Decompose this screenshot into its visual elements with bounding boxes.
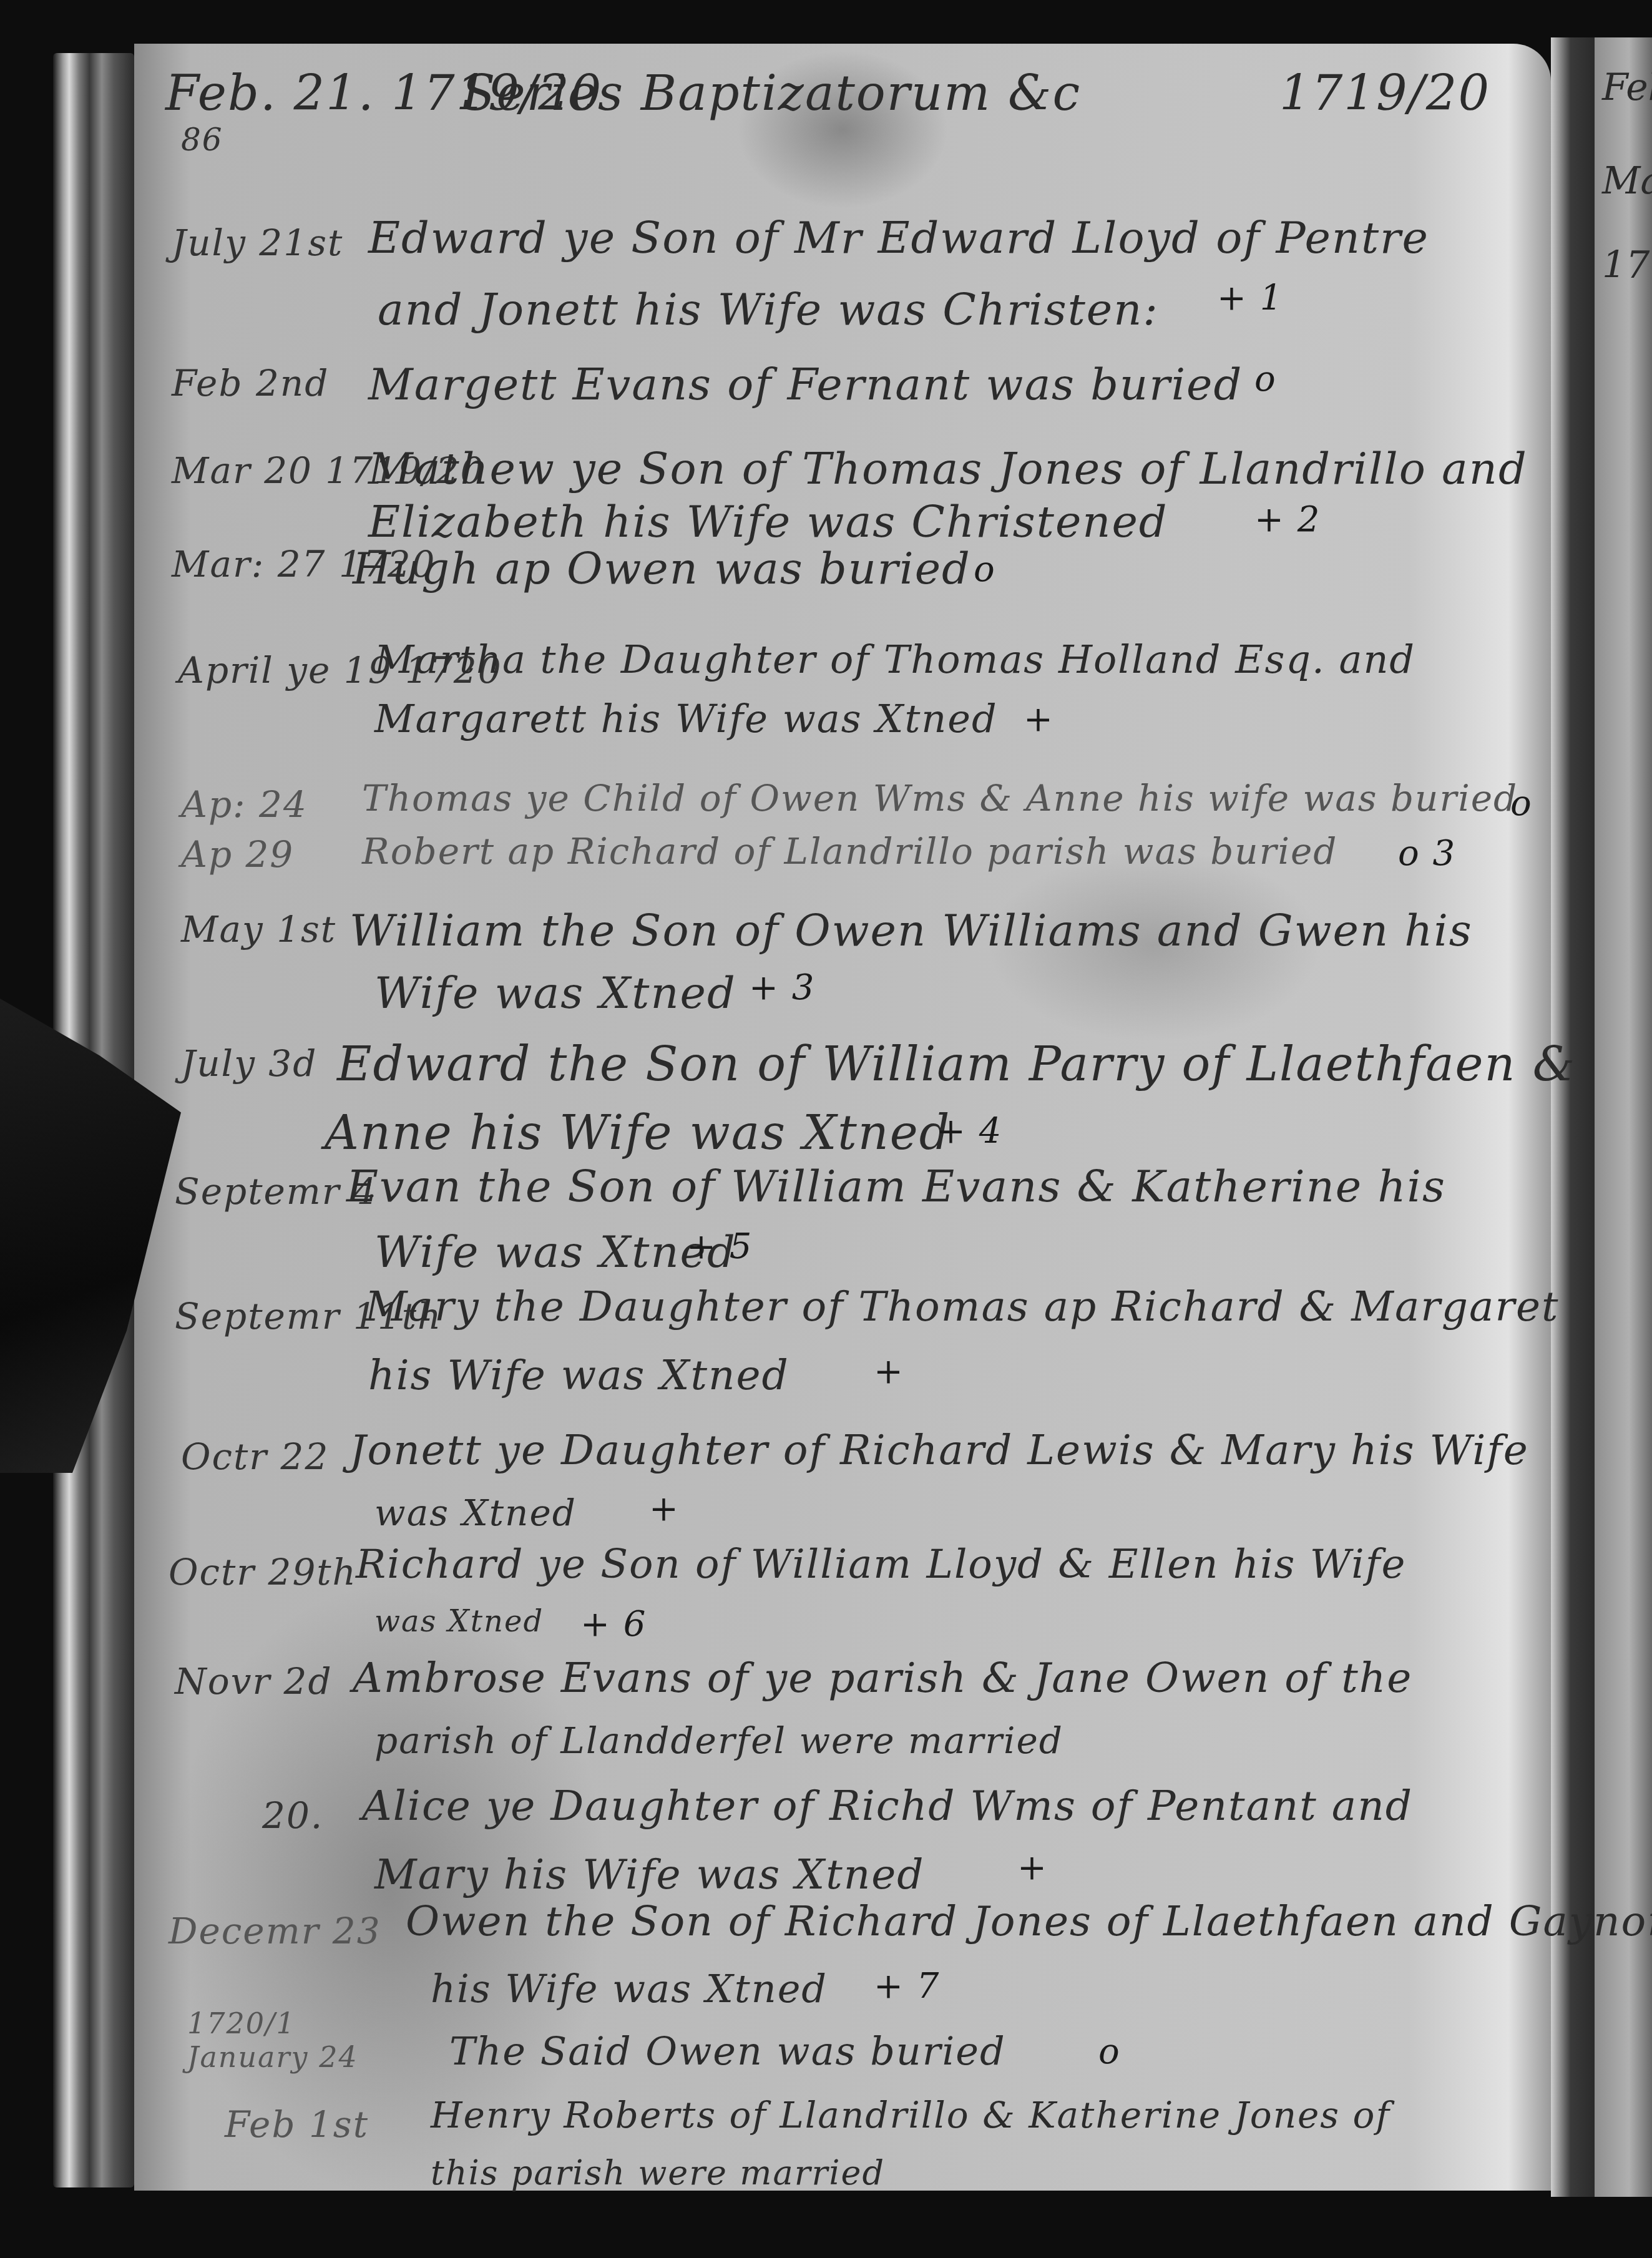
page-title: Series Baptizatorum &c <box>462 66 1081 122</box>
entry-line: Wife was Xtned <box>374 967 736 1019</box>
entry-line: parish of Llandderfel were married <box>374 1719 1063 1762</box>
entry-line: Elizabeth his Wife was Christened <box>368 496 1168 547</box>
entry-date: July 3d <box>181 1042 317 1085</box>
entry-mark: + 1 <box>1217 278 1283 318</box>
entry-line: and Jonett his Wife was Christen: <box>378 284 1159 335</box>
entry-mark: o <box>1254 359 1277 399</box>
entry-line: Richard ye Son of William Lloyd & Ellen … <box>356 1542 1406 1588</box>
entry-line: William the Son of Owen Williams and Gwe… <box>349 905 1473 956</box>
entry-line: his Wife was Xtned <box>431 1966 828 2011</box>
facing-page-text: Febr <box>1602 66 1652 109</box>
entry-line: Evan the Son of William Evans & Katherin… <box>346 1161 1446 1212</box>
entry-line: Owen the Son of Richard Jones of Llaethf… <box>406 1897 1652 1945</box>
entry-line: Hugh ap Owen was buried <box>353 543 971 594</box>
entry-date: 20. <box>262 1794 323 1837</box>
entry-line: his Wife was Xtned <box>368 1351 789 1399</box>
entry-line: The Said Owen was buried <box>449 2028 1006 2074</box>
entry-line: Margarett his Wife was Xtned <box>374 696 998 741</box>
entry-mark: + <box>1017 1847 1048 1888</box>
entry-line: Martha the Daughter of Thomas Holland Es… <box>374 637 1415 682</box>
entry-mark: o <box>974 549 996 590</box>
entry-date: July 21st <box>172 222 343 264</box>
entry-line: Mathew ye Son of Thomas Jones of Llandri… <box>368 443 1528 494</box>
entry-line: Thomas ye Child of Owen Wms & Anne his w… <box>362 777 1518 819</box>
entry-mark: + 5 <box>687 1226 753 1267</box>
entry-date: Octr 29th <box>169 1551 357 1593</box>
entry-line: Anne his Wife was Xtned <box>325 1105 951 1160</box>
entry-mark: + <box>1024 699 1054 740</box>
page-number: 86 <box>181 122 223 158</box>
entry-line: Robert ap Richard of Llandrillo parish w… <box>362 830 1337 872</box>
entry-mark: + 2 <box>1254 499 1321 540</box>
entry-mark: + 3 <box>749 967 815 1008</box>
entry-date: Ap 29 <box>181 833 294 876</box>
entry-mark: + 6 <box>580 1604 647 1645</box>
entry-mark: + 7 <box>874 1966 940 2006</box>
entry-line: Alice ye Daughter of Richd Wms of Pentan… <box>362 1782 1413 1830</box>
entry-line: Mary the Daughter of Thomas ap Richard &… <box>365 1283 1560 1331</box>
entry-date: 1720/1 January 24 <box>187 2006 374 2074</box>
entry-line: Edward ye Son of Mr Edward Lloyd of Pent… <box>368 212 1429 263</box>
entry-mark: o 3 <box>1398 833 1456 874</box>
entry-line: Henry Roberts of Llandrillo & Katherine … <box>431 2094 1391 2136</box>
entry-date: Feb 1st <box>225 2103 369 2146</box>
entry-date: Feb 2nd <box>172 362 329 404</box>
facing-page-edge: Febr Ma 17 <box>1595 37 1652 2197</box>
entry-line: was Xtned <box>374 1604 544 1639</box>
entry-mark: + <box>649 1488 680 1529</box>
entry-line: Jonett ye Daughter of Richard Lewis & Ma… <box>349 1426 1529 1474</box>
entry-mark: + 4 <box>936 1111 1002 1151</box>
entry-date: Ap: 24 <box>181 783 308 826</box>
entry-mark: o <box>1098 2031 1121 2072</box>
book-gutter <box>1551 37 1595 2197</box>
facing-page-text: Ma <box>1602 159 1652 203</box>
facing-page-text: 17 <box>1602 243 1650 287</box>
entry-line: Wife was Xtned <box>374 1226 736 1278</box>
entry-mark: + <box>874 1351 904 1392</box>
entry-line: Ambrose Evans of ye parish & Jane Owen o… <box>353 1654 1412 1702</box>
entry-mark: o <box>1510 783 1533 824</box>
entry-line: this parish were married <box>431 2153 885 2192</box>
entry-date: May 1st <box>181 908 336 951</box>
entry-line: Edward the Son of William Parry of Llaet… <box>337 1036 1576 1092</box>
entry-line: Mary his Wife was Xtned <box>374 1850 924 1899</box>
entry-date: Octr 22 <box>181 1435 329 1478</box>
entry-line: Margett Evans of Fernant was buried <box>368 359 1243 410</box>
header-right-year: 1719/20 <box>1279 66 1490 122</box>
entry-line: was Xtned <box>374 1492 577 1534</box>
entry-date: Decemr 23 <box>169 1910 381 1952</box>
entry-date: Novr 2d <box>175 1660 333 1703</box>
